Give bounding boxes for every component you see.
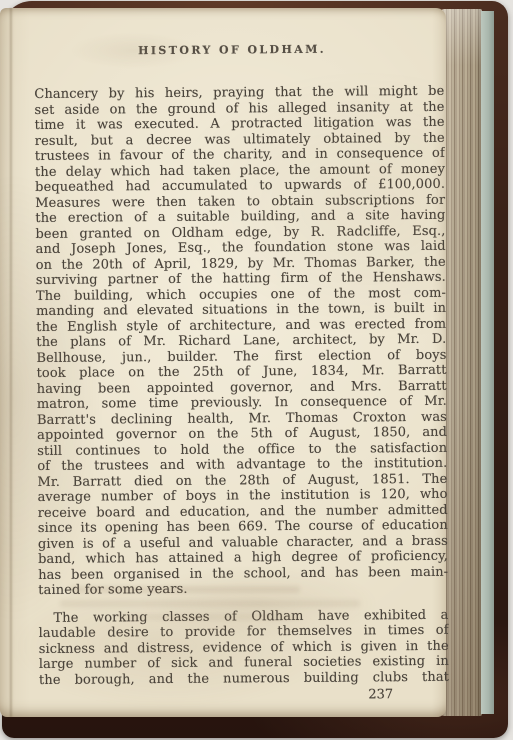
body-text: Chancery by his heirs, praying that the … [34, 84, 449, 688]
text-block: HISTORY OF OLDHAM. Chancery by his heirs… [34, 42, 449, 705]
page-number: 237 [39, 687, 449, 705]
book-scan-scene: HISTORY OF OLDHAM. Chancery by his heirs… [0, 0, 513, 740]
paragraph: Chancery by his heirs, praying that the … [34, 84, 448, 599]
running-header: HISTORY OF OLDHAM. [34, 42, 444, 58]
book-page: HISTORY OF OLDHAM. Chancery by his heirs… [0, 8, 446, 717]
gutter-crease [9, 8, 13, 717]
text-line: the borough, and the numerous building c… [39, 669, 449, 688]
paragraph: The working classes of Oldham have exhib… [38, 607, 449, 688]
text-line: tained for some years. [38, 580, 448, 599]
text-line: has been organised in the school, and ha… [38, 564, 448, 583]
endpaper-strip [481, 11, 494, 714]
